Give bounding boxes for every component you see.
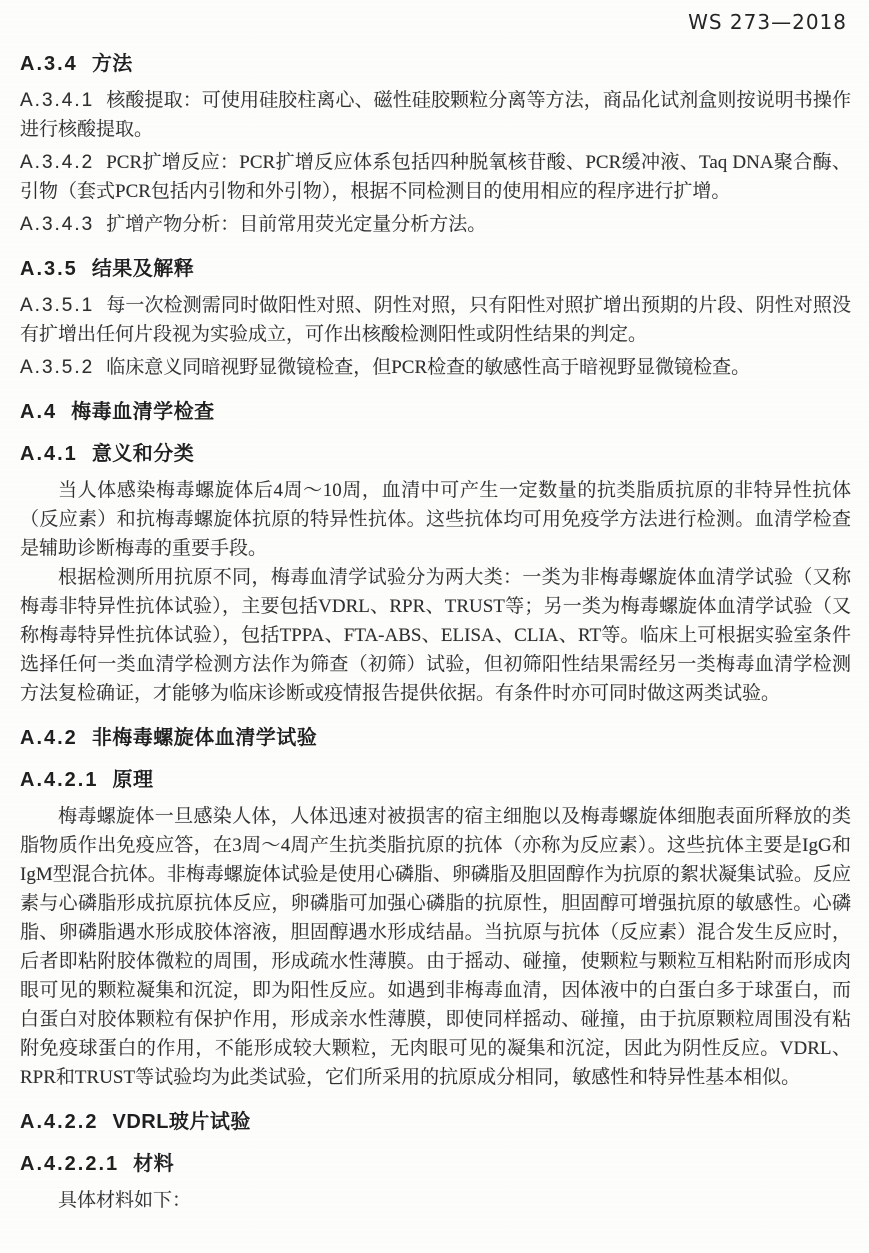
clause-number: A.3.5.2 — [20, 357, 94, 378]
body-paragraph: 具体材料如下： — [20, 1186, 851, 1215]
document-page: WS 273—2018 A.3.4方法A.3.4.1核酸提取：可使用硅胶柱离心、… — [0, 0, 869, 1253]
clause-number: A.3.4.1 — [20, 90, 94, 111]
clause-number: A.3.5.1 — [20, 295, 94, 316]
heading-title: 梅毒血清学检查 — [71, 401, 215, 423]
heading-number: A.3.5 — [20, 258, 78, 280]
clause-a.3.4.2: A.3.4.2PCR扩增反应：PCR扩增反应体系包括四种脱氧核苷酸、PCR缓冲液… — [20, 148, 851, 206]
heading-number: A.4.2 — [20, 727, 78, 749]
clause-a.3.4.1: A.3.4.1核酸提取：可使用硅胶柱离心、磁性硅胶颗粒分离等方法，商品化试剂盒则… — [20, 86, 851, 144]
heading-title: 原理 — [112, 769, 153, 791]
clause-text: 每一次检测需同时做阳性对照、阴性对照，只有阳性对照扩增出预期的片段、阴性对照没有… — [20, 295, 851, 345]
section-heading-a.3.4: A.3.4方法 — [20, 52, 851, 76]
document-body: A.3.4方法A.3.4.1核酸提取：可使用硅胶柱离心、磁性硅胶颗粒分离等方法，… — [20, 52, 851, 1215]
heading-number: A.4.1 — [20, 443, 78, 465]
section-heading-a.4.2.2: A.4.2.2VDRL玻片试验 — [20, 1110, 851, 1134]
heading-number: A.3.4 — [20, 53, 78, 75]
clause-a.3.5.1: A.3.5.1每一次检测需同时做阳性对照、阴性对照，只有阳性对照扩增出预期的片段… — [20, 291, 851, 349]
doc-number-header: WS 273—2018 — [20, 10, 851, 34]
clause-text: 扩增产物分析：目前常用荧光定量分析方法。 — [106, 214, 486, 235]
clause-text: 核酸提取：可使用硅胶柱离心、磁性硅胶颗粒分离等方法，商品化试剂盒则按说明书操作进… — [20, 90, 851, 140]
heading-title: VDRL玻片试验 — [112, 1111, 250, 1133]
heading-number: A.4.2.1 — [20, 769, 98, 791]
heading-number: A.4.2.2.1 — [20, 1153, 119, 1175]
heading-title: 非梅毒螺旋体血清学试验 — [92, 727, 318, 749]
body-paragraph: 当人体感染梅毒螺旋体后4周～10周，血清中可产生一定数量的抗类脂质抗原的非特异性… — [20, 476, 851, 563]
heading-number: A.4 — [20, 401, 57, 423]
heading-title: 方法 — [92, 53, 133, 75]
section-heading-a.4.1: A.4.1意义和分类 — [20, 442, 851, 466]
heading-title: 材料 — [133, 1153, 174, 1175]
clause-number: A.3.4.2 — [20, 152, 94, 173]
heading-title: 意义和分类 — [92, 443, 195, 465]
body-paragraph: 根据检测所用抗原不同，梅毒血清学试验分为两大类：一类为非梅毒螺旋体血清学试验（又… — [20, 563, 851, 708]
clause-text: PCR扩增反应：PCR扩增反应体系包括四种脱氧核苷酸、PCR缓冲液、Taq DN… — [20, 152, 851, 202]
heading-number: A.4.2.2 — [20, 1111, 98, 1133]
section-heading-a.4: A.4梅毒血清学检查 — [20, 400, 851, 424]
clause-a.3.5.2: A.3.5.2临床意义同暗视野显微镜检查，但PCR检查的敏感性高于暗视野显微镜检… — [20, 353, 851, 382]
clause-number: A.3.4.3 — [20, 214, 94, 235]
section-heading-a.3.5: A.3.5结果及解释 — [20, 257, 851, 281]
clause-a.3.4.3: A.3.4.3扩增产物分析：目前常用荧光定量分析方法。 — [20, 210, 851, 239]
heading-title: 结果及解释 — [92, 258, 195, 280]
section-heading-a.4.2.2.1: A.4.2.2.1材料 — [20, 1152, 851, 1176]
section-heading-a.4.2: A.4.2非梅毒螺旋体血清学试验 — [20, 726, 851, 750]
clause-text: 临床意义同暗视野显微镜检查，但PCR检查的敏感性高于暗视野显微镜检查。 — [106, 357, 750, 378]
section-heading-a.4.2.1: A.4.2.1原理 — [20, 768, 851, 792]
body-paragraph: 梅毒螺旋体一旦感染人体，人体迅速对被损害的宿主细胞以及梅毒螺旋体细胞表面所释放的… — [20, 802, 851, 1092]
